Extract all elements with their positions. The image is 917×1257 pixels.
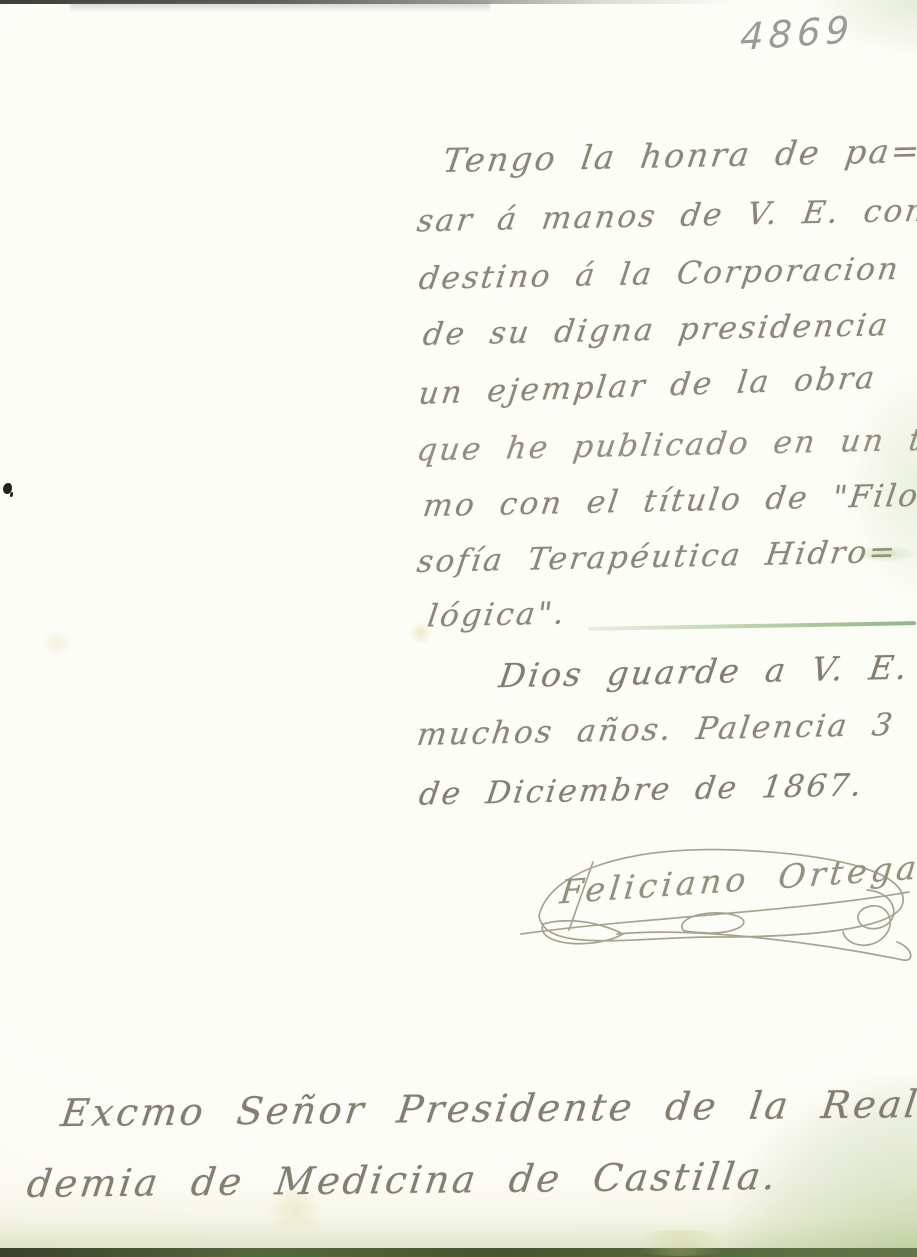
archival-number: 4869 xyxy=(739,8,854,59)
ink-speck xyxy=(3,483,12,494)
scan-edge-bottom xyxy=(0,1248,917,1257)
addressee-line: demia de Medicina de Castilla. xyxy=(25,1154,782,1206)
letter-line: que he publicado en un to xyxy=(415,421,917,468)
letter-line-valediction: Dios guarde a V. E. xyxy=(497,648,912,696)
paper-stain xyxy=(620,1230,740,1256)
letter-line-date: de Diciembre de 1867. xyxy=(417,767,866,812)
green-crayon-line xyxy=(588,621,916,631)
paper-stain xyxy=(40,630,74,656)
letter-line: de su digna presidencia xyxy=(421,307,892,353)
letter-line: lógica". xyxy=(425,596,569,635)
green-crayon-mark xyxy=(852,546,916,562)
letter-line: destino á la Corporacion xyxy=(417,251,903,297)
letter-line: Tengo la honra de pa= xyxy=(441,131,917,180)
letter-line-valediction: muchos años. Palencia 3 xyxy=(415,707,897,753)
letter-line: un ejemplar de la obra xyxy=(417,360,879,412)
addressee-line: Excmo Señor Presidente de la Real Aca xyxy=(58,1081,917,1135)
letter-line: sar á manos de V. E. con xyxy=(415,193,917,240)
letter-line: mo con el título de "Filo xyxy=(421,478,917,524)
scan-smear xyxy=(70,3,490,13)
scanned-letter-page: 4869 Tengo la honra de pa= sar á manos d… xyxy=(0,0,917,1257)
letter-line: sofía Terapéutica Hidro= xyxy=(415,534,900,580)
